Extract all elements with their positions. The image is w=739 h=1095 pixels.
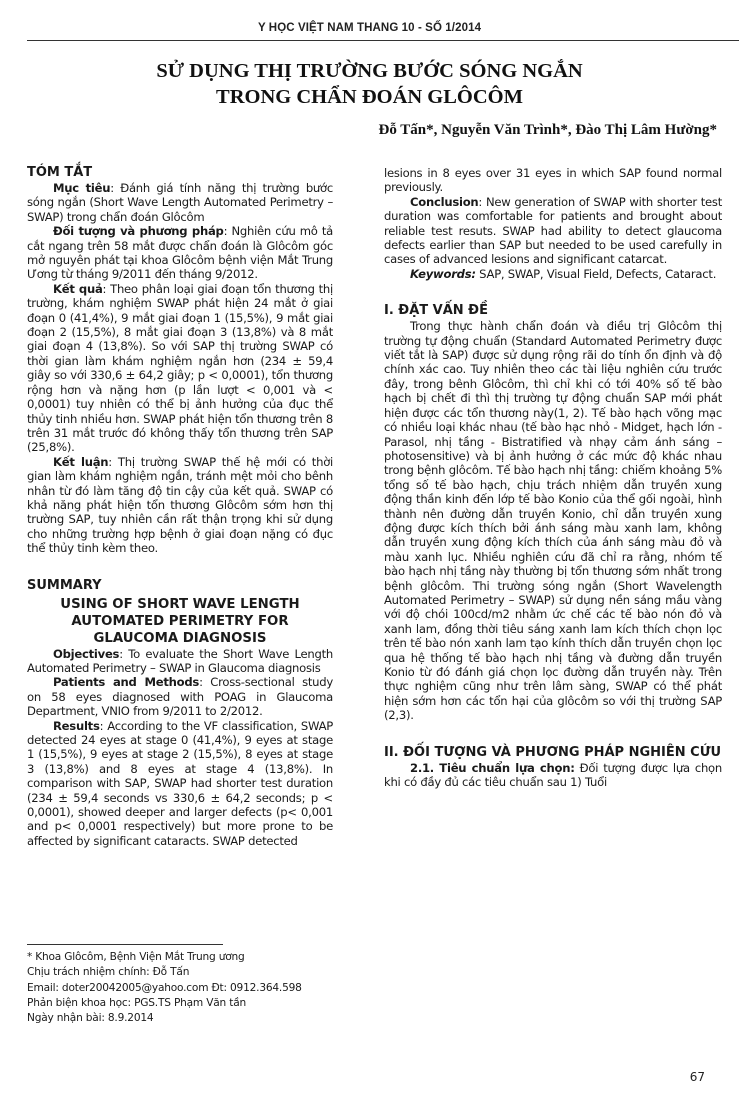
section-1-paragraph: Trong thực hành chẩn đoán và điều trị Gl… bbox=[384, 319, 722, 722]
article-title: SỬ DỤNG THỊ TRƯỜNG BƯỚC SÓNG NGẮN TRONG … bbox=[0, 58, 739, 110]
conclusion-en-label: Conclusion bbox=[410, 195, 478, 209]
title-line-1: SỬ DỤNG THỊ TRƯỜNG BƯỚC SÓNG NGẮN bbox=[0, 58, 739, 84]
summary-title-line-2: AUTOMATED PERIMETRY FOR bbox=[27, 613, 333, 630]
footnote-received: Ngày nhận bài: 8.9.2014 bbox=[27, 1011, 347, 1026]
results-en-text: : According to the VF classification, SW… bbox=[27, 719, 333, 848]
summary-results: Results: According to the VF classificat… bbox=[27, 719, 333, 849]
keywords-label: Keywords: bbox=[410, 267, 476, 281]
summary-heading: SUMMARY bbox=[27, 578, 333, 594]
header-rule bbox=[27, 40, 739, 41]
summary-results-continued: lesions in 8 eyes over 31 eyes in which … bbox=[384, 166, 722, 195]
summary-methods: Patients and Methods: Cross-sectional st… bbox=[27, 675, 333, 718]
title-line-2: TRONG CHẨN ĐOÁN GLÔCÔM bbox=[0, 84, 739, 110]
footnote-contact: Email: doter20042005@yahoo.com Đt: 0912.… bbox=[27, 981, 347, 996]
section-2-1-paragraph: 2.1. Tiêu chuẩn lựa chọn: Đối tượng được… bbox=[384, 761, 722, 790]
footnote: * Khoa Glôcôm, Bệnh Viện Mắt Trung ương … bbox=[27, 950, 347, 1026]
summary-keywords: Keywords: SAP, SWAP, Visual Field, Defec… bbox=[384, 267, 722, 281]
summary-title: USING OF SHORT WAVE LENGTH AUTOMATED PER… bbox=[27, 596, 333, 647]
running-head: Y HỌC VIỆT NAM THANG 10 - SỐ 1/2014 bbox=[0, 22, 739, 34]
objective-label: Mục tiêu bbox=[53, 181, 110, 195]
section-1-heading: I. ĐẶT VẤN ĐỀ bbox=[384, 303, 722, 319]
conclusion-text: : Thị trường SWAP thế hệ mới có thời gia… bbox=[27, 455, 333, 555]
footnote-rule bbox=[27, 944, 223, 945]
footnote-affiliation: * Khoa Glôcôm, Bệnh Viện Mắt Trung ương bbox=[27, 950, 347, 965]
section-2-1-label: 2.1. Tiêu chuẩn lựa chọn: bbox=[410, 761, 575, 775]
author-list: Đỗ Tấn*, Nguyễn Văn Trình*, Đào Thị Lâm … bbox=[378, 122, 717, 139]
abstract-results: Kết quả: Theo phân loại giai đoạn tổn th… bbox=[27, 282, 333, 455]
summary-title-line-1: USING OF SHORT WAVE LENGTH bbox=[27, 596, 333, 613]
conclusion-label: Kết luận bbox=[53, 455, 108, 469]
objectives-label: Objectives bbox=[53, 647, 119, 661]
abstract-conclusion: Kết luận: Thị trường SWAP thế hệ mới có … bbox=[27, 455, 333, 556]
abstract-objective: Mục tiêu: Đánh giá tính năng thị trường … bbox=[27, 181, 333, 224]
abstract-heading: TÓM TẮT bbox=[27, 165, 333, 181]
section-2-heading: II. ĐỐI TƯỢNG VÀ PHƯƠNG PHÁP NGHIÊN CỨU bbox=[384, 745, 722, 761]
results-label: Kết quả bbox=[53, 282, 103, 296]
keywords-text: SAP, SWAP, Visual Field, Defects, Catara… bbox=[476, 267, 716, 281]
right-column: lesions in 8 eyes over 31 eyes in which … bbox=[384, 166, 722, 789]
footnote-reviewer: Phản biện khoa học: PGS.TS Phạm Văn tần bbox=[27, 996, 347, 1011]
patients-methods-label: Patients and Methods bbox=[53, 675, 199, 689]
page-number: 67 bbox=[690, 1070, 705, 1084]
summary-objectives: Objectives: To evaluate the Short Wave L… bbox=[27, 647, 333, 676]
methods-label: Đối tượng và phương pháp bbox=[53, 224, 224, 238]
left-column: TÓM TẮT Mục tiêu: Đánh giá tính năng thị… bbox=[27, 165, 333, 848]
summary-title-line-3: GLAUCOMA DIAGNOSIS bbox=[27, 630, 333, 647]
results-text: : Theo phân loại giai đoạn tổn thương th… bbox=[27, 282, 333, 454]
abstract-methods: Đối tượng và phương pháp: Nghiên cứu mô … bbox=[27, 224, 333, 282]
results-en-label: Results bbox=[53, 719, 100, 733]
footnote-responsible: Chịu trách nhiệm chính: Đỗ Tấn bbox=[27, 965, 347, 980]
summary-conclusion: Conclusion: New generation of SWAP with … bbox=[384, 195, 722, 267]
